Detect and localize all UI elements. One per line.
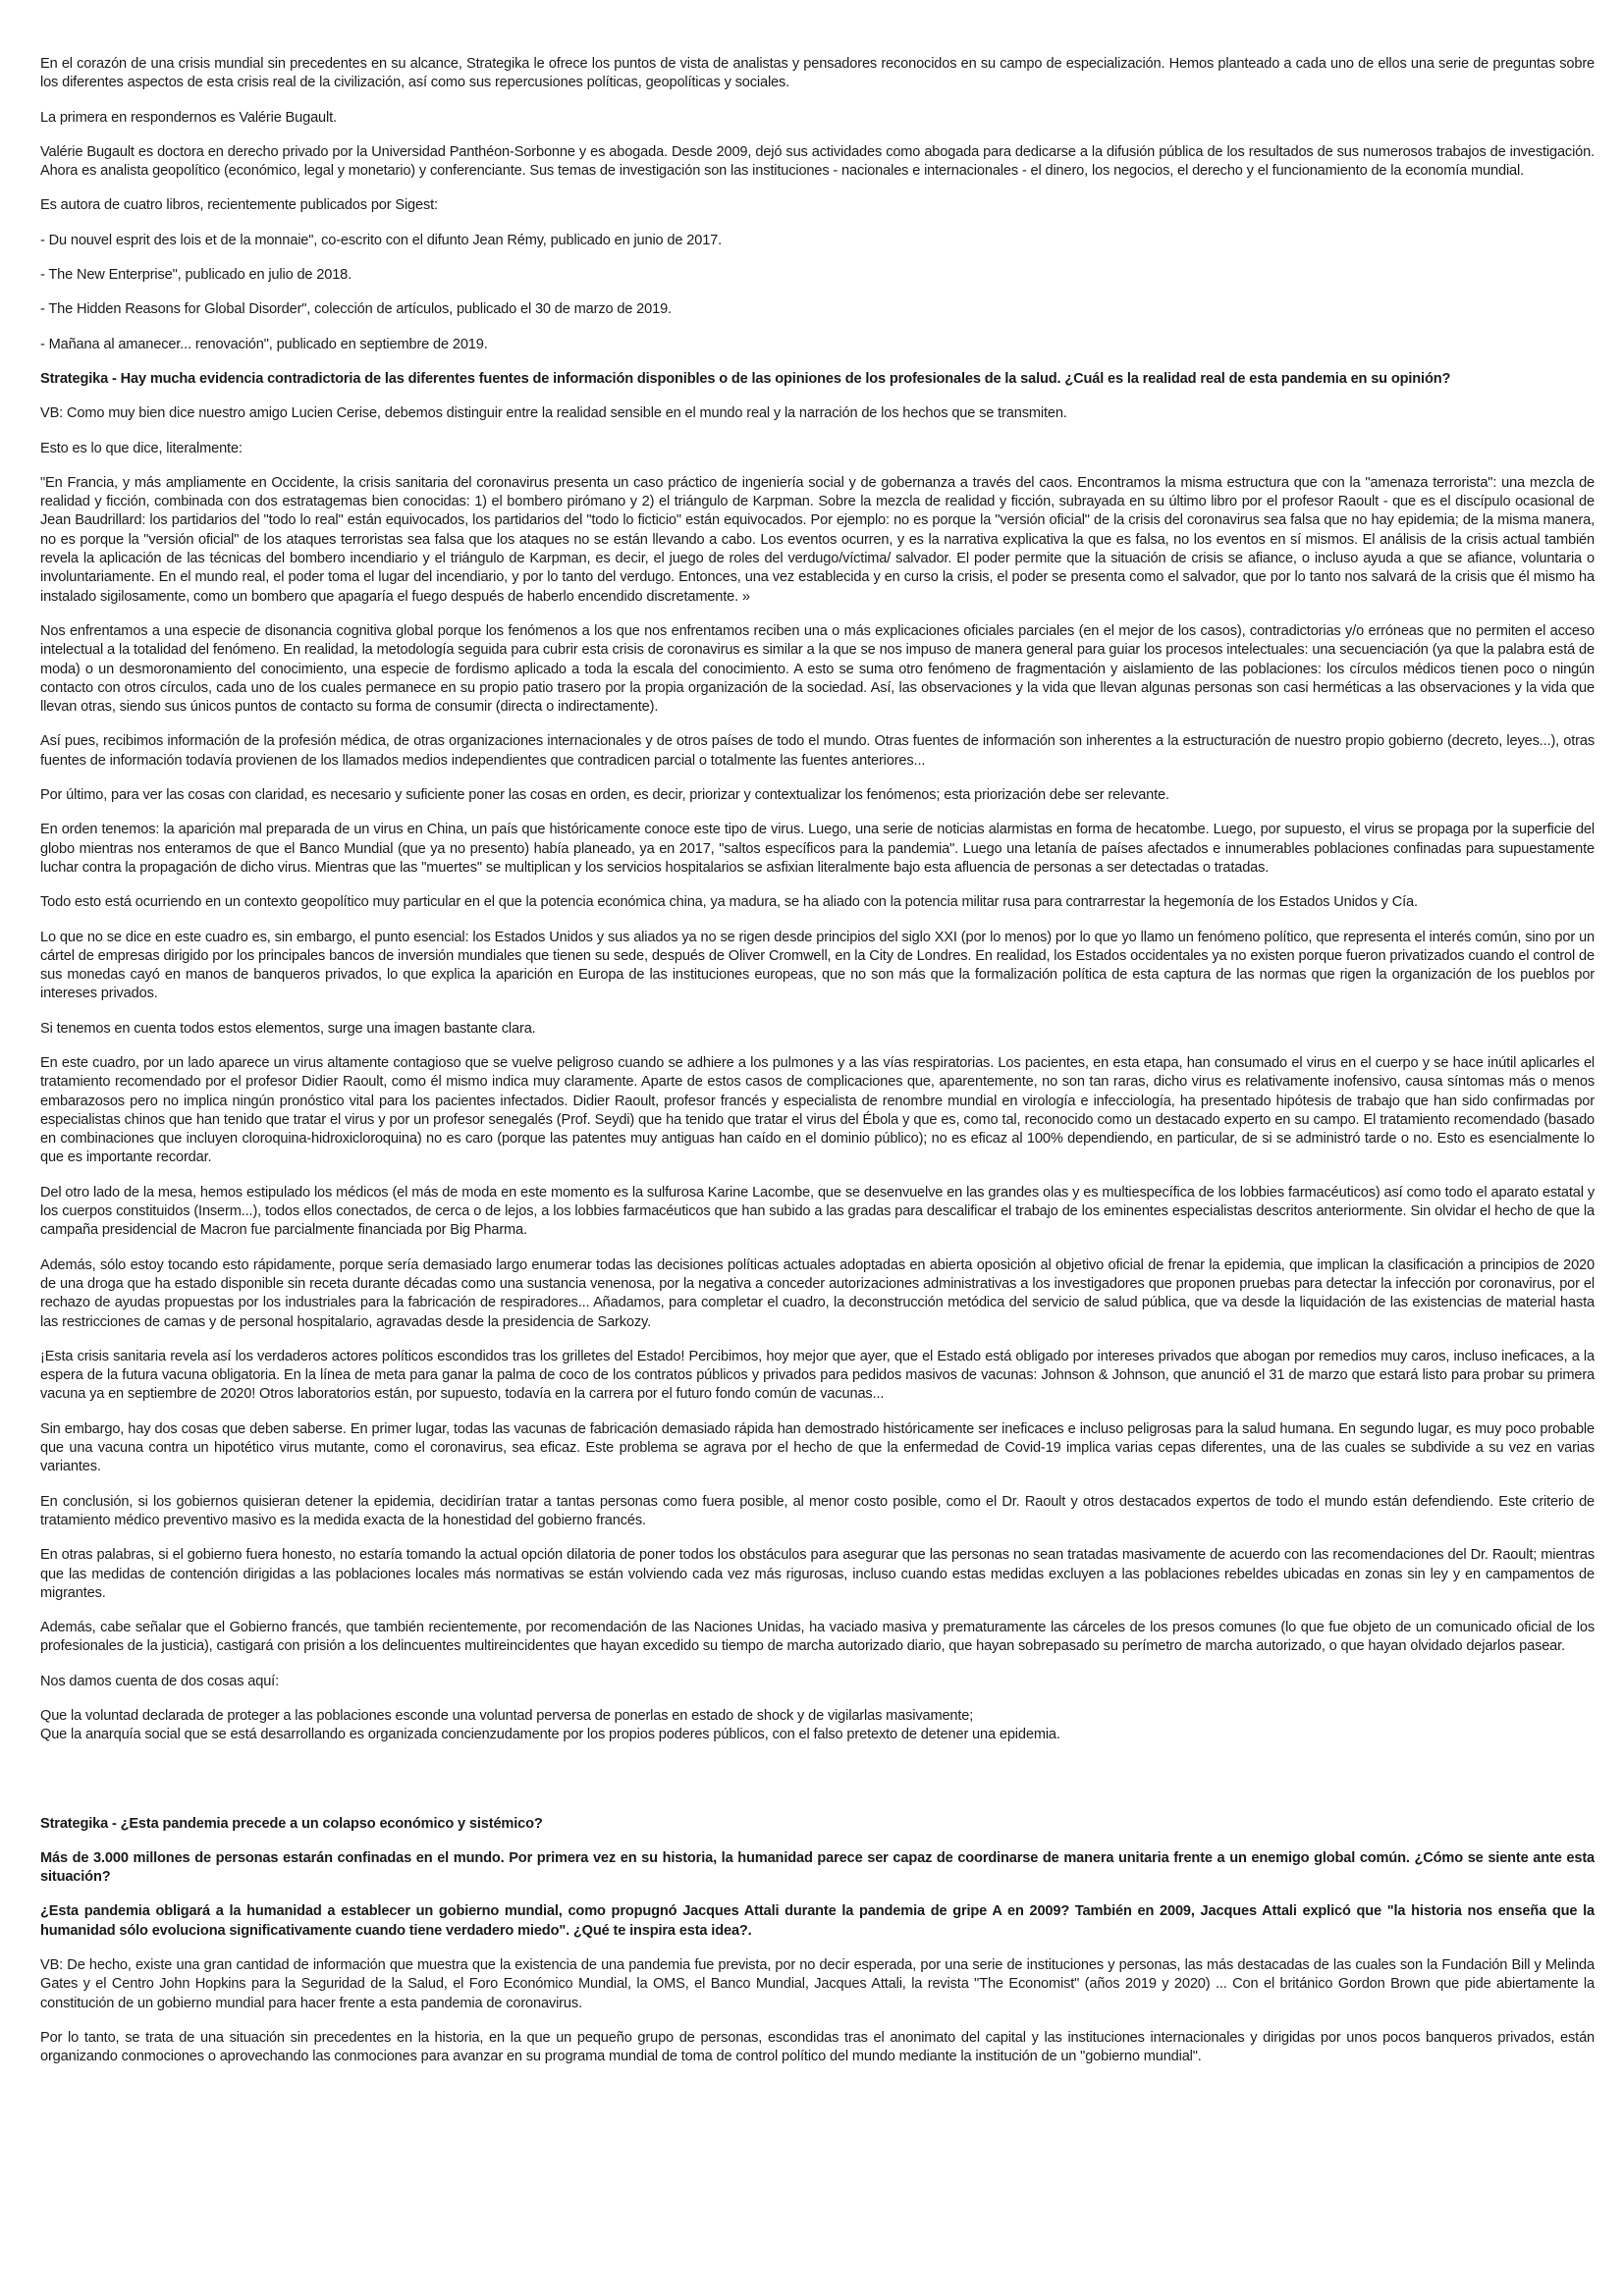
conclusion-line: Que la voluntad declarada de proteger a … [40, 1707, 1595, 1726]
answer-paragraph: Además, sólo estoy tocando esto rápidame… [40, 1256, 1595, 1332]
conclusion-line: Que la anarquía social que se está desar… [40, 1726, 1595, 1744]
answer-paragraph: Del otro lado de la mesa, hemos estipula… [40, 1184, 1595, 1241]
question-2-sub: ¿Esta pandemia obligará a la humanidad a… [40, 1902, 1595, 1941]
answer-paragraph: Además, cabe señalar que el Gobierno fra… [40, 1619, 1595, 1657]
answer-paragraph: Nos enfrentamos a una especie de disonan… [40, 622, 1595, 717]
answer-paragraph: En este cuadro, por un lado aparece un v… [40, 1054, 1595, 1168]
question-2-sub: Más de 3.000 millones de personas estará… [40, 1849, 1595, 1888]
book-item: - Mañana al amanecer... renovación", pub… [40, 336, 1595, 354]
book-item: - The Hidden Reasons for Global Disorder… [40, 300, 1595, 319]
question-2: Strategika - ¿Esta pandemia precede a un… [40, 1815, 1595, 1834]
book-item: - The New Enterprise", publicado en juli… [40, 266, 1595, 285]
answer-paragraph: Lo que no se dice en este cuadro es, sin… [40, 929, 1595, 1004]
answer-paragraph: Si tenemos en cuenta todos estos element… [40, 1020, 1595, 1039]
answer-paragraph: Sin embargo, hay dos cosas que deben sab… [40, 1420, 1595, 1477]
answer-paragraph: Por último, para ver las cosas con clari… [40, 786, 1595, 805]
book-item: - Du nouvel esprit des lois et de la mon… [40, 232, 1595, 250]
author-bio: Valérie Bugault es doctora en derecho pr… [40, 143, 1595, 182]
answer-paragraph: VB: Como muy bien dice nuestro amigo Luc… [40, 404, 1595, 423]
answer-paragraph: ¡Esta crisis sanitaria revela así los ve… [40, 1348, 1595, 1405]
answer-paragraph: En orden tenemos: la aparición mal prepa… [40, 821, 1595, 878]
answer-paragraph: Esto es lo que dice, literalmente: [40, 440, 1595, 458]
intro-paragraph: En el corazón de una crisis mundial sin … [40, 55, 1595, 93]
question-1: Strategika - Hay mucha evidencia contrad… [40, 370, 1595, 389]
answer-paragraph: Por lo tanto, se trata de una situación … [40, 2029, 1595, 2067]
quote-paragraph: "En Francia, y más ampliamente en Occide… [40, 474, 1595, 607]
answer-paragraph: En otras palabras, si el gobierno fuera … [40, 1546, 1595, 1603]
answer-paragraph: VB: De hecho, existe una gran cantidad d… [40, 1956, 1595, 2013]
books-intro: Es autora de cuatro libros, recientement… [40, 196, 1595, 215]
section-spacer [40, 1761, 1595, 1815]
answer-paragraph: Todo esto está ocurriendo en un contexto… [40, 893, 1595, 912]
answer-paragraph: Así pues, recibimos información de la pr… [40, 732, 1595, 771]
answer-paragraph: Nos damos cuenta de dos cosas aquí: [40, 1673, 1595, 1691]
first-respondent-line: La primera en respondernos es Valérie Bu… [40, 109, 1595, 128]
document-page: En el corazón de una crisis mundial sin … [0, 0, 1624, 2067]
answer-paragraph: En conclusión, si los gobiernos quisiera… [40, 1493, 1595, 1531]
